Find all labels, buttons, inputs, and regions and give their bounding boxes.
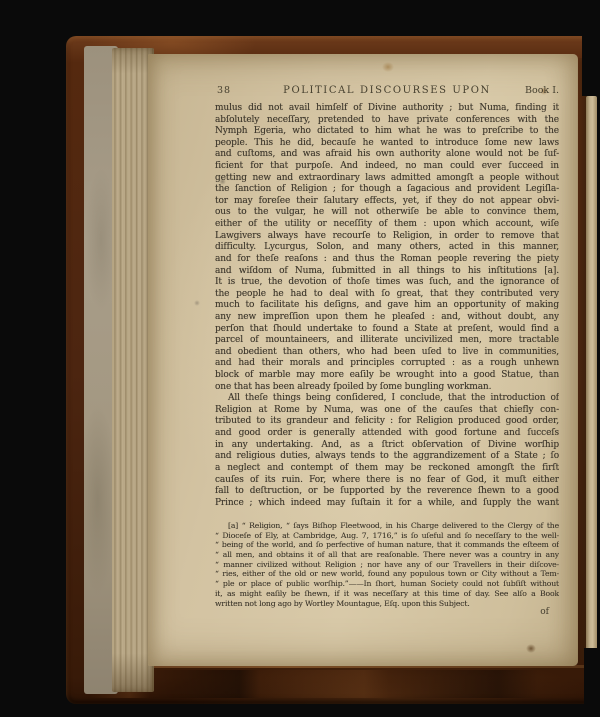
text-line: fall to deſtruction, or be ſupported by … (215, 486, 559, 498)
text-line: All theſe things being conſidered, I con… (215, 393, 559, 405)
text-line: difficulty. Lycurgus, Solon, and many ot… (215, 242, 559, 254)
text-line: any new impreſſion upon them he pleaſed … (215, 312, 559, 324)
text-line: Lawgivers always have recourſe to Religi… (215, 231, 559, 243)
photo-corner-mask (582, 0, 600, 96)
text-line: much to facilitate his deſigns, and gave… (215, 300, 559, 312)
text-line: either of the utility or neceſſity of th… (215, 219, 559, 231)
text-line: tributed to its grandeur and felicity : … (215, 416, 559, 428)
text-line: in any undertaking. And, as a ſtrict obſ… (215, 440, 559, 452)
text-line: block of marble may more eaſily be wroug… (215, 370, 559, 382)
running-title: POLITICAL DISCOURSES UPON (215, 85, 559, 96)
text-line: and cuſtoms, and was afraid his own auth… (215, 149, 559, 161)
text-line: “ Dioceſe of Ely, at Cambridge, Aug. 7, … (215, 531, 559, 541)
book-page: 38 POLITICAL DISCOURSES UPON Book I. mul… (148, 54, 578, 666)
text-line: and obedient than others, who had been u… (215, 347, 559, 359)
text-line: a neglect and contempt of them may be re… (215, 463, 559, 475)
text-line: and religious duties, always tends to th… (215, 451, 559, 463)
text-line: perſon that ſhould undertake to found a … (215, 324, 559, 336)
photo-background: { "colors": { "background": "#0a0a0a", "… (0, 0, 600, 717)
page-header: 38 POLITICAL DISCOURSES UPON Book I. (215, 85, 559, 99)
text-line: mulus did not avail himſelf of Divine au… (215, 103, 559, 115)
text-line: people. This he did, becauſe he wanted t… (215, 138, 559, 150)
text-line: [a] “ Religion, “ ſays Biſhop Fleetwood,… (215, 521, 559, 531)
text-line: the ſanction of Religion ; for though a … (215, 184, 559, 196)
text-line: abſolutely neceſſary, pretended to have … (215, 115, 559, 127)
text-line: Prince ; which indeed may ſuſtain it for… (215, 498, 559, 510)
book-photo: 38 POLITICAL DISCOURSES UPON Book I. mul… (0, 0, 600, 717)
stain (194, 300, 200, 306)
book-label: Book I. (525, 85, 559, 96)
text-line: “ all men, and obtains it of all that ar… (215, 550, 559, 560)
catchword: of (215, 607, 559, 617)
text-line: and had their morals and principles corr… (215, 358, 559, 370)
text-line: parcel of mountaineers, and illiterate u… (215, 335, 559, 347)
text-line: “ ple or place of public worſhip.”——In ſ… (215, 579, 559, 589)
text-line: ous to the vulgar, he will not otherwiſe… (215, 207, 559, 219)
text-line: Nymph Egeria, who dictated to him what h… (215, 126, 559, 138)
text-line: ficient for that purpoſe. And indeed, no… (215, 161, 559, 173)
text-line: getting new and extraordinary laws admit… (215, 173, 559, 185)
text-line: it, as might eaſily be ſhewn, if it was … (215, 589, 559, 599)
text-line: It is true, the devotion of thoſe times … (215, 277, 559, 289)
text-line: Religion at Rome by Numa, was one of the… (215, 405, 559, 417)
text-line: tor may foreſee their ſalutary effects, … (215, 196, 559, 208)
stain (382, 62, 394, 72)
text-line: cauſes of its ruin. For, where there is … (215, 475, 559, 487)
stain (526, 644, 536, 653)
cover-bottom-streaks (90, 670, 588, 698)
footnote-text: [a] “ Religion, “ ſays Biſhop Fleetwood,… (215, 521, 559, 608)
text-line: and wiſdom of Numa, ſubmitted in all thi… (215, 266, 559, 278)
text-line: and good order is generally attended wit… (215, 428, 559, 440)
page-edge-right (586, 96, 597, 658)
text-line: one that has been already ſpoiled by ſom… (215, 382, 559, 394)
text-line: and for theſe reaſons : and thus the Rom… (215, 254, 559, 266)
text-line: the people he had to deal with ſo great,… (215, 289, 559, 301)
photo-corner-mask (584, 648, 600, 717)
text-line: “ being of the world, and ſo perfective … (215, 540, 559, 550)
body-text: mulus did not avail himſelf of Divine au… (215, 103, 559, 509)
text-line: “ manner civilized without Religion ; no… (215, 560, 559, 570)
text-line: “ ries, either of the old or new world, … (215, 569, 559, 579)
